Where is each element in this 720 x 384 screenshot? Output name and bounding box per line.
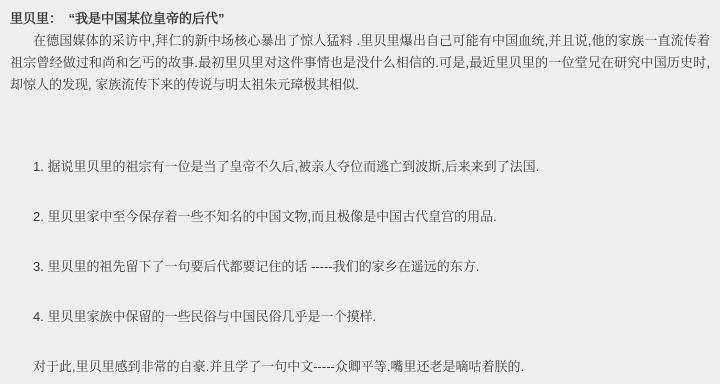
article-title: 里贝里： “我是中国某位皇帝的后代”: [10, 8, 710, 30]
list-item-3: 3. 里贝里的祖先留下了一句要后代都要记住的话 -----我们的家乡在遥远的东方…: [33, 256, 710, 278]
article-page: 里贝里： “我是中国某位皇帝的后代” 在德国媒体的采访中,拜仁的新中场核心暴出了…: [0, 0, 720, 384]
claims-list: 1. 据说里贝里的祖宗有一位是当了皇帝不久后,被亲人夺位而逃亡到波斯,后来来到了…: [10, 156, 710, 328]
intro-paragraph: 在德国媒体的采访中,拜仁的新中场核心暴出了惊人猛料 .里贝里爆出自己可能有中国血…: [10, 30, 710, 96]
list-item-4: 4. 里贝里家族中保留的一些民俗与中国民俗几乎是一个摸样.: [33, 306, 710, 328]
list-item-2: 2. 里贝里家中至今保存着一些不知名的中国文物,而且极像是中国古代皇宫的用品.: [33, 206, 710, 228]
list-item-1: 1. 据说里贝里的祖宗有一位是当了皇帝不久后,被亲人夺位而逃亡到波斯,后来来到了…: [33, 156, 710, 178]
conclusion-paragraph: 对于此,里贝里感到非常的自豪.并且学了一句中文-----众卿平等.嘴里还老是嘀咕…: [10, 356, 710, 378]
